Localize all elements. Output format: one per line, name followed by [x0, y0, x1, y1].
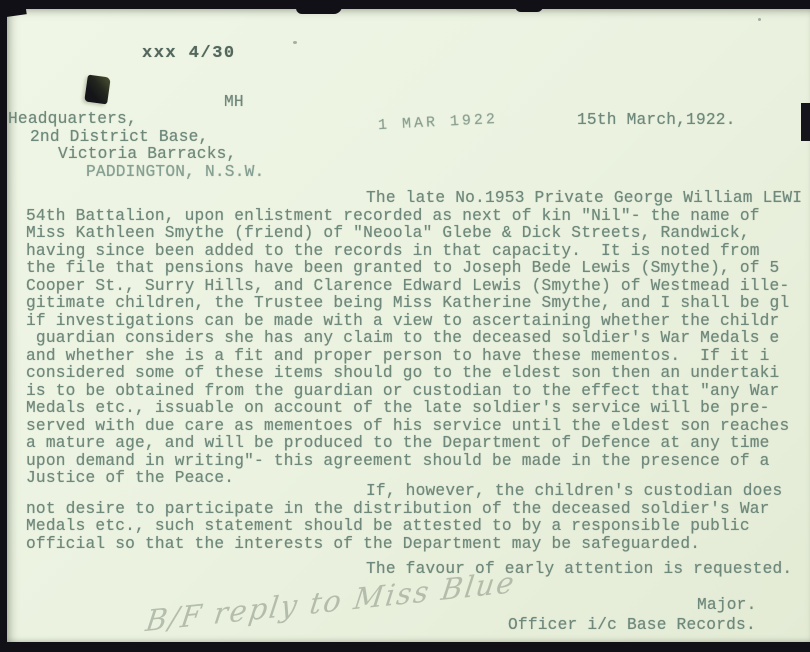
text-line: upon demand in writing"- this agreement … — [26, 453, 802, 471]
text-line: guardian considers she has any claim to … — [26, 330, 802, 348]
text-line: the file that pensions have been granted… — [26, 260, 802, 278]
text-line: If, however, the children's custodian do… — [26, 483, 782, 501]
text-line: Headquarters, — [8, 111, 264, 129]
sender-address: Headquarters,2nd District Base,Victoria … — [8, 111, 264, 181]
text-line: served with due care as mementoes of his… — [26, 418, 802, 436]
text-line: Miss Kathleen Smythe (friend) of "Neoola… — [26, 225, 802, 243]
text-line: Cooper St., Surry Hills, and Clarence Ed… — [26, 278, 802, 296]
text-line: not desire to participate in the distrib… — [26, 501, 782, 519]
text-line: Medals etc., issuable on account of the … — [26, 400, 802, 418]
text-line: The late No.1953 Private George William … — [26, 190, 802, 208]
text-line: gitimate children, the Trustee being Mis… — [26, 295, 802, 313]
signature-title: Officer i/c Base Records. — [508, 617, 756, 635]
text-line: a mature age, and will be produced to th… — [26, 435, 802, 453]
signature-rank: Major. — [697, 597, 757, 615]
text-line: if investigations can be made with a vie… — [26, 313, 802, 331]
text-line: PADDINGTON, N.S.W. — [8, 164, 264, 182]
punch-hole — [84, 75, 111, 105]
text-line: having since been added to the records i… — [26, 243, 802, 261]
letter-date: 15th March,1922. — [577, 112, 736, 130]
paper-speck — [758, 18, 761, 21]
scanned-letter-page: xxx 4/30 MH Headquarters,2nd District Ba… — [0, 0, 810, 652]
paper-speck — [293, 41, 297, 44]
text-line: 2nd District Base, — [8, 129, 264, 147]
text-line: Medals etc., such statement should be at… — [26, 518, 782, 536]
scan-edge-shadow — [801, 103, 810, 141]
torn-edge-notch — [515, 6, 543, 12]
text-line: Victoria Barracks, — [8, 146, 264, 164]
torn-edge-notch — [296, 6, 342, 14]
body-paragraph-2: If, however, the children's custodian do… — [26, 483, 782, 553]
file-reference: xxx 4/30 — [142, 45, 236, 63]
text-line: and whether she is a fit and proper pers… — [26, 348, 802, 366]
body-paragraph-1: The late No.1953 Private George William … — [26, 190, 802, 488]
text-line: official so that the interests of the De… — [26, 536, 782, 554]
typist-initials: MH — [224, 94, 244, 112]
text-line: considered some of these items should go… — [26, 365, 802, 383]
text-line: 54th Battalion, upon enlistment recorded… — [26, 208, 802, 226]
text-line: is to be obtained from the guardian or c… — [26, 383, 802, 401]
